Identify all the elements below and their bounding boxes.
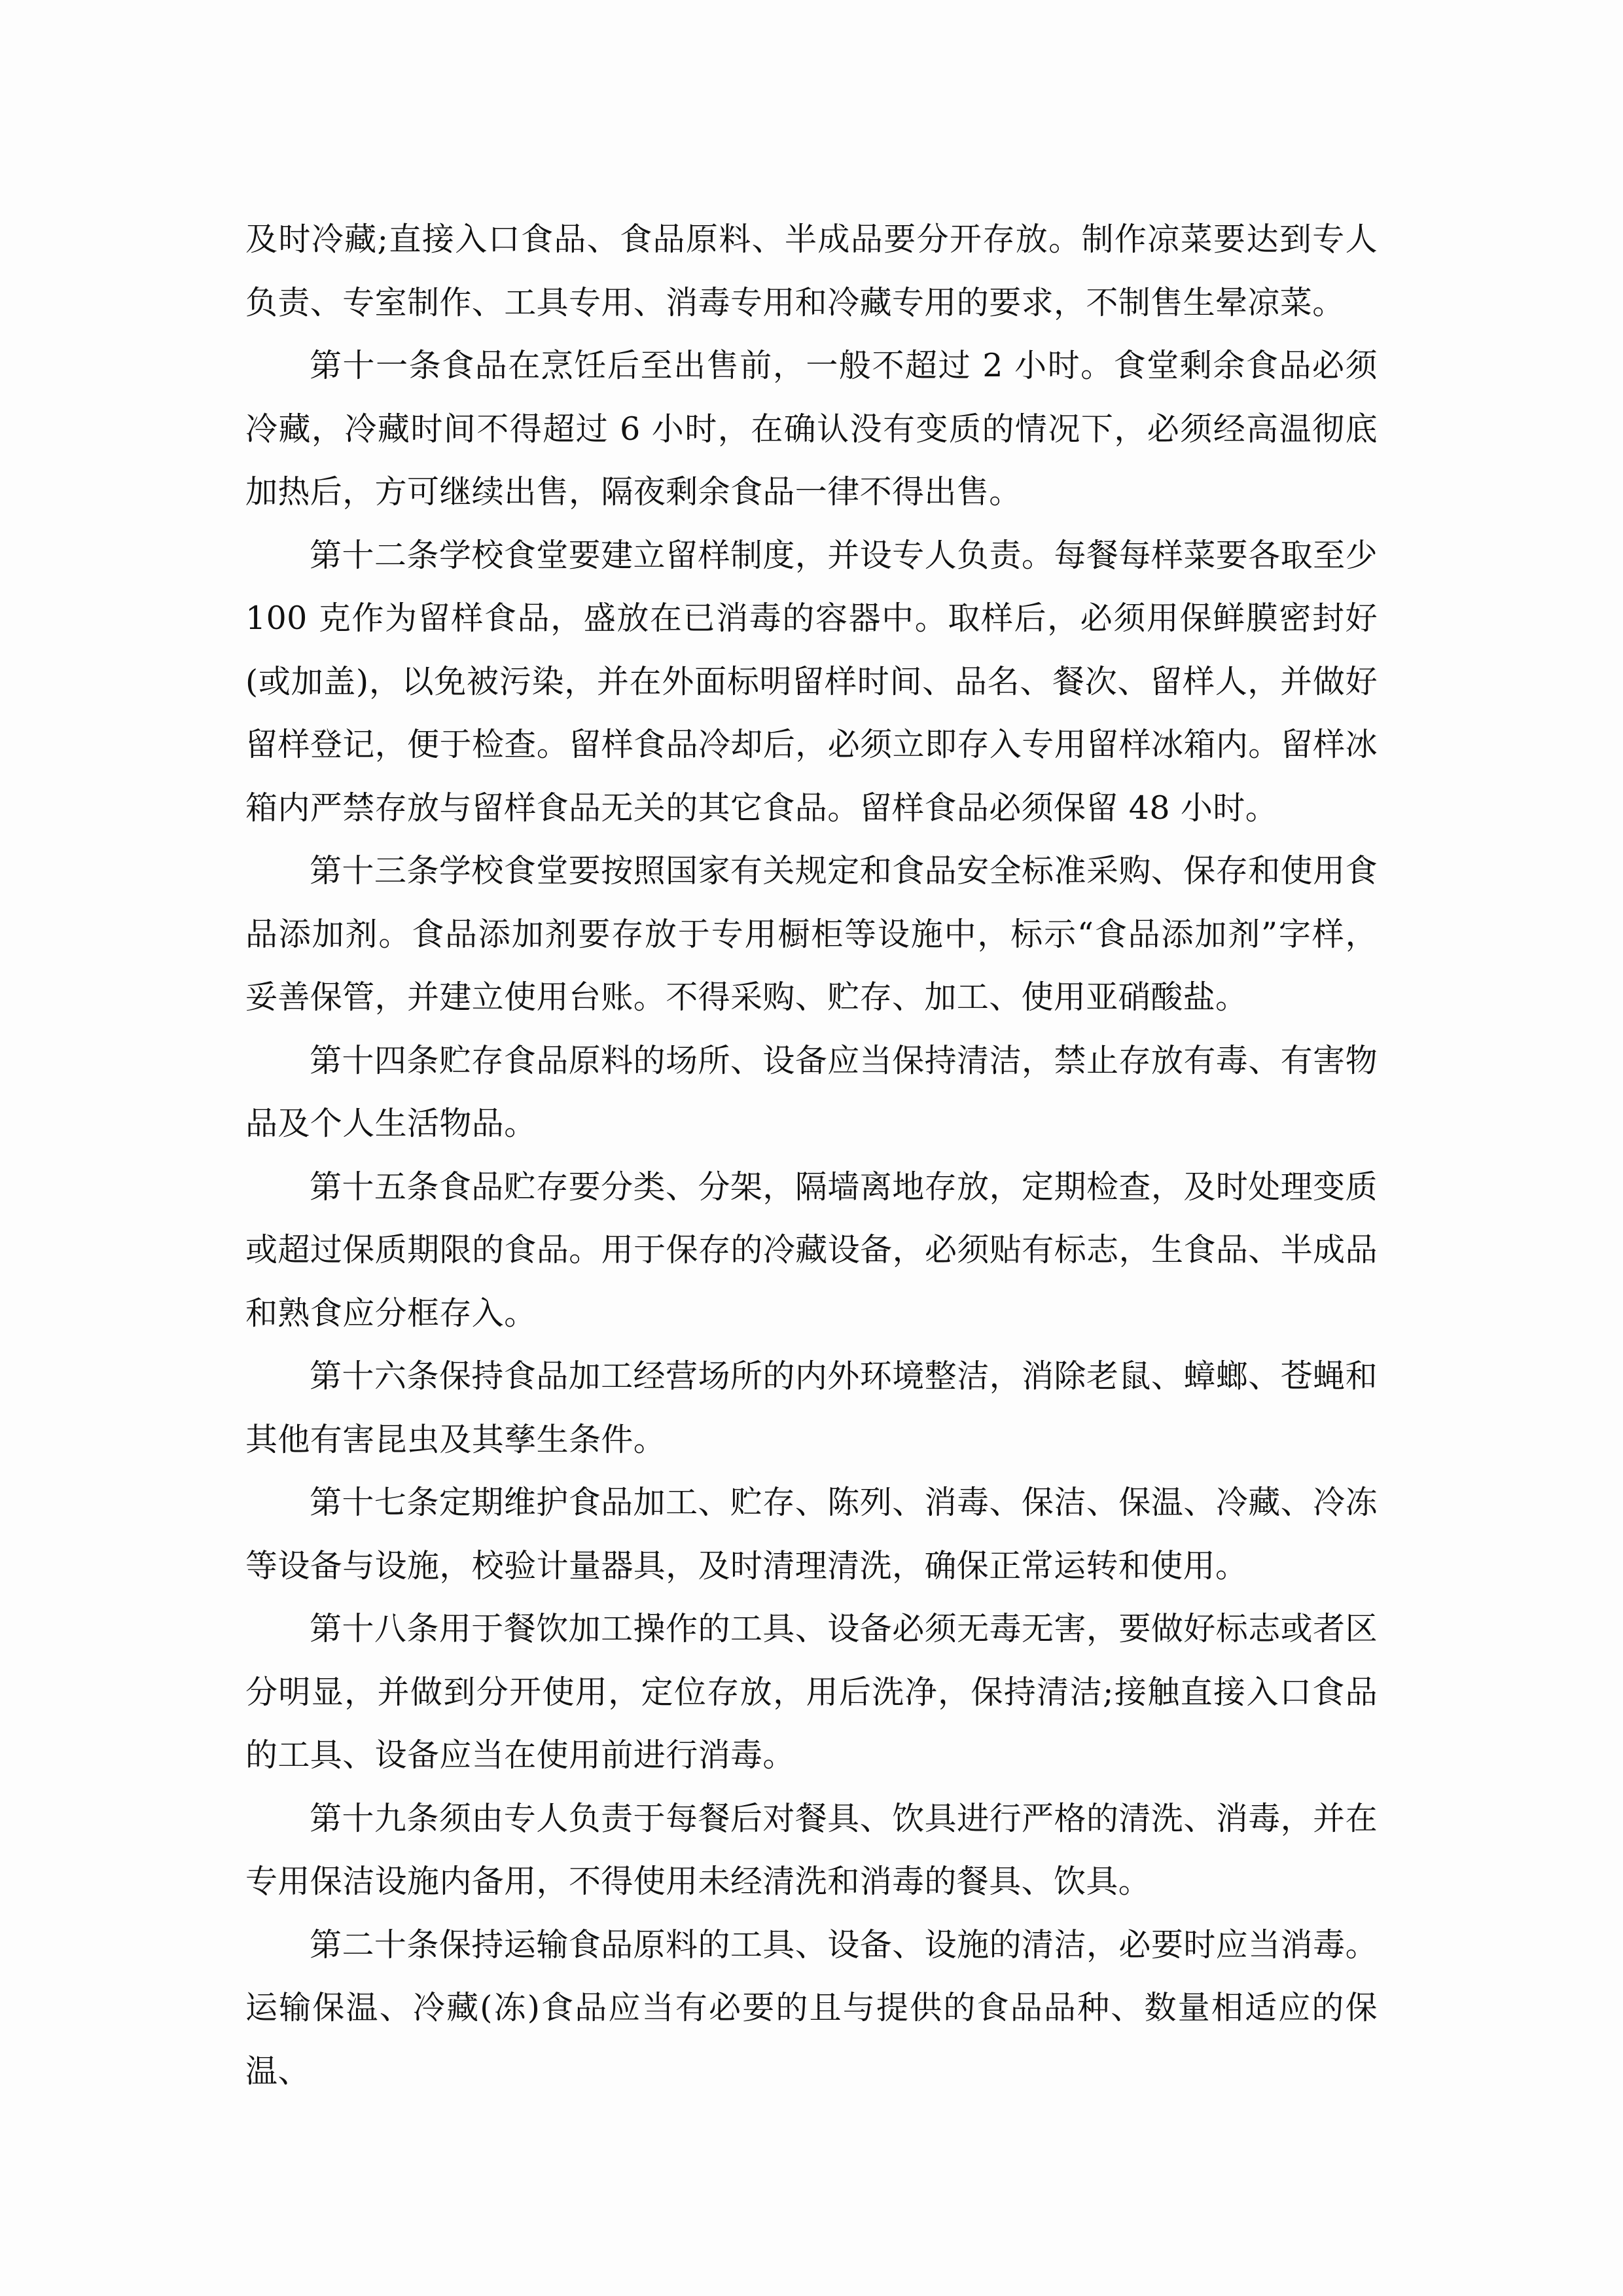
paragraph-article-13: 第十三条学校食堂要按照国家有关规定和食品安全标准采购、保存和使用食品添加剂。食品… <box>245 840 1378 1030</box>
paragraph-article-16: 第十六条保持食品加工经营场所的内外环境整洁，消除老鼠、蟑螂、苍蝇和其他有害昆虫及… <box>245 1345 1378 1471</box>
paragraph-article-15: 第十五条食品贮存要分类、分架，隔墙离地存放，定期检查，及时处理变质或超过保质期限… <box>245 1156 1378 1346</box>
paragraph-article-18: 第十八条用于餐饮加工操作的工具、设备必须无毒无害，要做好标志或者区分明显，并做到… <box>245 1598 1378 1787</box>
paragraph-article-17: 第十七条定期维护食品加工、贮存、陈列、消毒、保洁、保温、冷藏、冷冻等设备与设施，… <box>245 1471 1378 1598</box>
paragraph-continuation: 及时冷藏;直接入口食品、食品原料、半成品要分开存放。制作凉菜要达到专人负责、专室… <box>245 208 1378 334</box>
paragraph-article-11: 第十一条食品在烹饪后至出售前，一般不超过 2 小时。食堂剩余食品必须冷藏，冷藏时… <box>245 334 1378 524</box>
paragraph-article-19: 第十九条须由专人负责于每餐后对餐具、饮具进行严格的清洗、消毒，并在专用保洁设施内… <box>245 1787 1378 1914</box>
document-page: 及时冷藏;直接入口食品、食品原料、半成品要分开存放。制作凉菜要达到专人负责、专室… <box>245 208 1378 2103</box>
paragraph-article-14: 第十四条贮存食品原料的场所、设备应当保持清洁，禁止存放有毒、有害物品及个人生活物… <box>245 1030 1378 1156</box>
paragraph-article-12: 第十二条学校食堂要建立留样制度，并设专人负责。每餐每样菜要各取至少 100 克作… <box>245 524 1378 840</box>
paragraph-article-20: 第二十条保持运输食品原料的工具、设备、设施的清洁，必要时应当消毒。运输保温、冷藏… <box>245 1914 1378 2104</box>
